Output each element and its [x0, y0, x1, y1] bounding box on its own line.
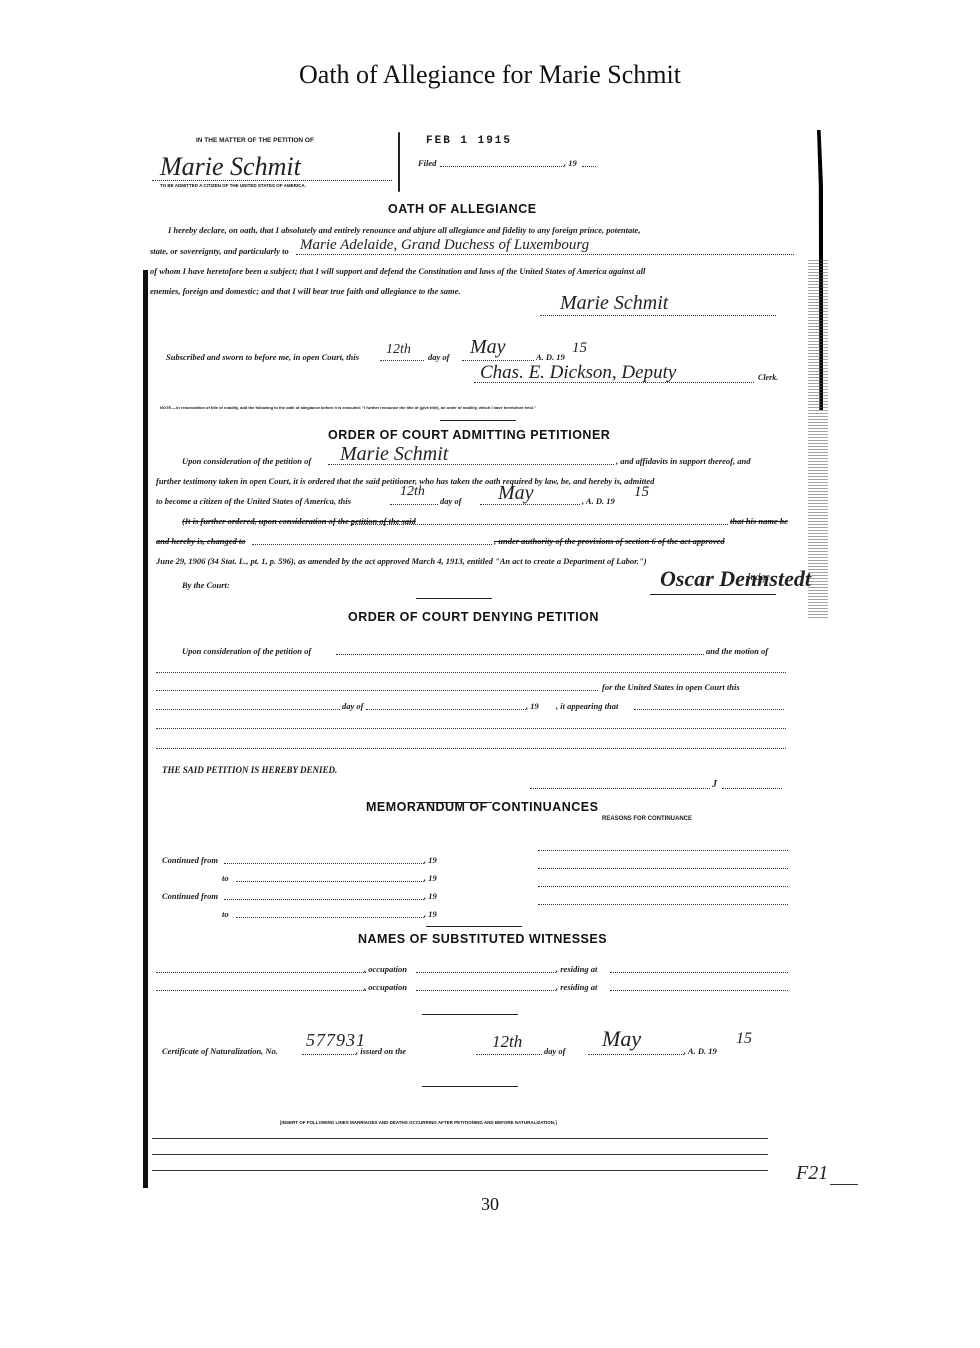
judge-line: [650, 594, 776, 595]
naturalization-form: IN THE MATTER OF THE PETITION OF Marie S…: [140, 120, 840, 1188]
admitted-day: 12th: [400, 484, 425, 500]
filed-date-line: [440, 166, 564, 167]
admitted-name-line: [328, 464, 614, 465]
certificate-day-line: [476, 1054, 542, 1055]
by-the-court: By the Court:: [182, 580, 230, 590]
witness-2-name-line: [156, 990, 366, 991]
filed-year-line: [582, 166, 596, 167]
admitting-line-1-suffix: , and affidavits in support thereof, and: [616, 456, 750, 466]
denying-line-1-prefix: Upon consideration of the petition of: [182, 646, 311, 656]
certificate-month-line: [588, 1054, 684, 1055]
denying-line-3-suffix: for the United States in open Court this: [602, 682, 740, 692]
witness-1-name-line: [156, 972, 366, 973]
continued-from-2-line: [224, 899, 424, 900]
continued-to-2-label: to: [222, 909, 229, 919]
clerk-label: Clerk.: [758, 373, 778, 382]
order-admitting-heading: ORDER OF COURT ADMITTING PETITIONER: [328, 428, 610, 442]
reasons-heading: REASONS FOR CONTINUANCE: [602, 816, 692, 822]
judge-signature: Oscar Dennstedt: [660, 566, 811, 592]
subscribed-year: 15: [572, 340, 587, 357]
admitting-line-3-prefix: to become a citizen of the United States…: [156, 496, 351, 506]
subscribed-month: May: [470, 336, 506, 359]
judge-label: Judge: [746, 572, 770, 583]
admitting-line-1-prefix: Upon consideration of the petition of: [182, 456, 311, 466]
matter-of-petition-label: IN THE MATTER OF THE PETITION OF: [196, 137, 314, 144]
petitioner-signature: Marie Schmit: [560, 292, 668, 315]
subscribed-ad: A. D. 19: [536, 352, 565, 362]
name-change-line-2: and hereby is, changed to: [156, 536, 246, 546]
name-change-line-2-blank: [252, 544, 492, 545]
admitted-day-of: day of: [440, 496, 461, 506]
oath-line-2-prefix: state, or sovereignty, and particularly …: [150, 246, 289, 256]
denying-judge-initial: J: [712, 779, 717, 790]
filed-stamp: FEB 1 1915: [426, 135, 512, 147]
section-divider: [422, 1014, 518, 1015]
corner-mark-line: [830, 1184, 858, 1185]
denying-day-blank: [156, 709, 340, 710]
insert-note: [INSERT OF FOLLOWING LINES MARRIAGES AND…: [280, 1120, 557, 1125]
denying-day-of: day of: [342, 701, 363, 711]
witness-2-residing-line: [610, 990, 788, 991]
certificate-day-of: day of: [544, 1046, 565, 1056]
witness-2-residing-label: , residing at: [556, 982, 597, 992]
continued-to-2-line: [236, 917, 424, 918]
witnesses-heading: NAMES OF SUBSTITUTED WITNESSES: [358, 932, 607, 946]
footer-line-1: [152, 1138, 768, 1139]
continued-to-1-label: to: [222, 873, 229, 883]
continued-from-2-label: Continued from: [162, 891, 218, 901]
oath-line-4: enemies, foreign and domestic; and that …: [150, 286, 461, 296]
subscribed-day: 12th: [386, 342, 411, 358]
admitted-month-line: [480, 504, 580, 505]
continued-from-1-year: , 19: [424, 855, 437, 865]
signature-line: [540, 315, 776, 316]
sovereign-line: [296, 254, 794, 255]
witness-2-occupation-line: [416, 990, 556, 991]
denying-line-1-blank: [336, 654, 704, 655]
name-change-line-1-suffix: that his name be: [730, 516, 788, 526]
denying-line-1-suffix: and the motion of: [706, 646, 768, 656]
denying-judge-line: [530, 788, 710, 789]
reason-line-2: [538, 868, 788, 869]
subscribed-day-line: [380, 360, 424, 361]
denying-line-5: [156, 728, 786, 729]
filed-year-prefix: , 19: [564, 158, 577, 168]
admitted-year: 15: [634, 484, 649, 501]
name-change-line-2-suffix: , under authority of the provisions of s…: [494, 536, 725, 546]
continued-to-1-line: [236, 881, 424, 882]
denying-judge-line-2: [722, 788, 782, 789]
clerk-signature: Chas. E. Dickson, Deputy: [480, 362, 676, 384]
subscribed-prefix: Subscribed and sworn to before me, in op…: [166, 352, 359, 362]
denying-month-blank: [366, 709, 526, 710]
certificate-issued-on: , issued on the: [356, 1046, 406, 1056]
section-divider: [422, 1086, 518, 1087]
witness-1-occupation-line: [416, 972, 556, 973]
witness-2-occupation-label: , occupation: [364, 982, 407, 992]
section-divider: [426, 926, 522, 927]
page-number: 30: [0, 1194, 980, 1215]
certificate-prefix: Certificate of Naturalization, No.: [162, 1046, 278, 1056]
continuances-heading: MEMORANDUM OF CONTINUANCES: [366, 800, 598, 814]
denying-appearing: , it appearing that: [556, 701, 618, 711]
denying-year: , 19: [526, 701, 539, 711]
reason-line-4: [538, 904, 788, 905]
denying-line-2: [156, 672, 786, 673]
corner-mark: F21: [796, 1162, 828, 1185]
petitioner-name-line: [152, 180, 392, 181]
continued-to-1-year: , 19: [424, 873, 437, 883]
reason-line-3: [538, 886, 788, 887]
subscribed-month-line: [462, 360, 534, 361]
footer-line-2: [152, 1154, 768, 1155]
clerk-line: [474, 382, 754, 383]
continued-from-2-year: , 19: [424, 891, 437, 901]
foreign-sovereign-name: Marie Adelaide, Grand Duchess of Luxembo…: [300, 237, 589, 254]
oath-line-1: I hereby declare, on oath, that I absolu…: [168, 225, 640, 235]
subscribed-day-of: day of: [428, 352, 449, 362]
order-denying-heading: ORDER OF COURT DENYING PETITION: [348, 610, 599, 624]
to-be-admitted-label: TO BE ADMITTED A CITIZEN OF THE UNITED S…: [160, 183, 306, 188]
continued-from-1-label: Continued from: [162, 855, 218, 865]
certificate-year: 15: [736, 1030, 752, 1048]
nobility-note: NOTE.—In renunciation of title of nobili…: [160, 405, 536, 410]
denying-line-3-blank: [156, 690, 598, 691]
reason-line-1: [538, 850, 788, 851]
certificate-ad: , A. D. 19: [684, 1046, 717, 1056]
certificate-day: 12th: [492, 1032, 522, 1052]
admitted-petitioner-name: Marie Schmit: [340, 443, 448, 466]
petitioner-name: Marie Schmit: [160, 152, 301, 182]
footer-line-3: [152, 1170, 768, 1171]
oath-line-3: of whom I have heretofore been a subject…: [150, 266, 645, 276]
section-divider: [416, 598, 492, 599]
certificate-number-line: [302, 1054, 356, 1055]
header-brace: [398, 132, 400, 192]
page-title: Oath of Allegiance for Marie Schmit: [0, 60, 980, 90]
witness-1-residing-label: , residing at: [556, 964, 597, 974]
continued-from-1-line: [224, 863, 424, 864]
certificate-month: May: [602, 1026, 641, 1052]
denying-appearing-blank: [634, 709, 784, 710]
name-change-line-1-blank: [352, 524, 728, 525]
oath-heading: OATH OF ALLEGIANCE: [388, 202, 537, 216]
admitted-month: May: [498, 482, 534, 505]
admitted-ad: , A. D. 19: [582, 496, 615, 506]
witness-1-occupation-label: , occupation: [364, 964, 407, 974]
filed-label: Filed: [418, 158, 436, 168]
admitted-day-line: [390, 504, 438, 505]
section-divider: [440, 420, 516, 421]
statute-reference: June 29, 1906 (34 Stat. L., pt. 1, p. 59…: [156, 556, 647, 566]
petition-denied-text: THE SAID PETITION IS HEREBY DENIED.: [162, 765, 337, 775]
continued-to-2-year: , 19: [424, 909, 437, 919]
witness-1-residing-line: [610, 972, 788, 973]
denying-line-6: [156, 748, 786, 749]
